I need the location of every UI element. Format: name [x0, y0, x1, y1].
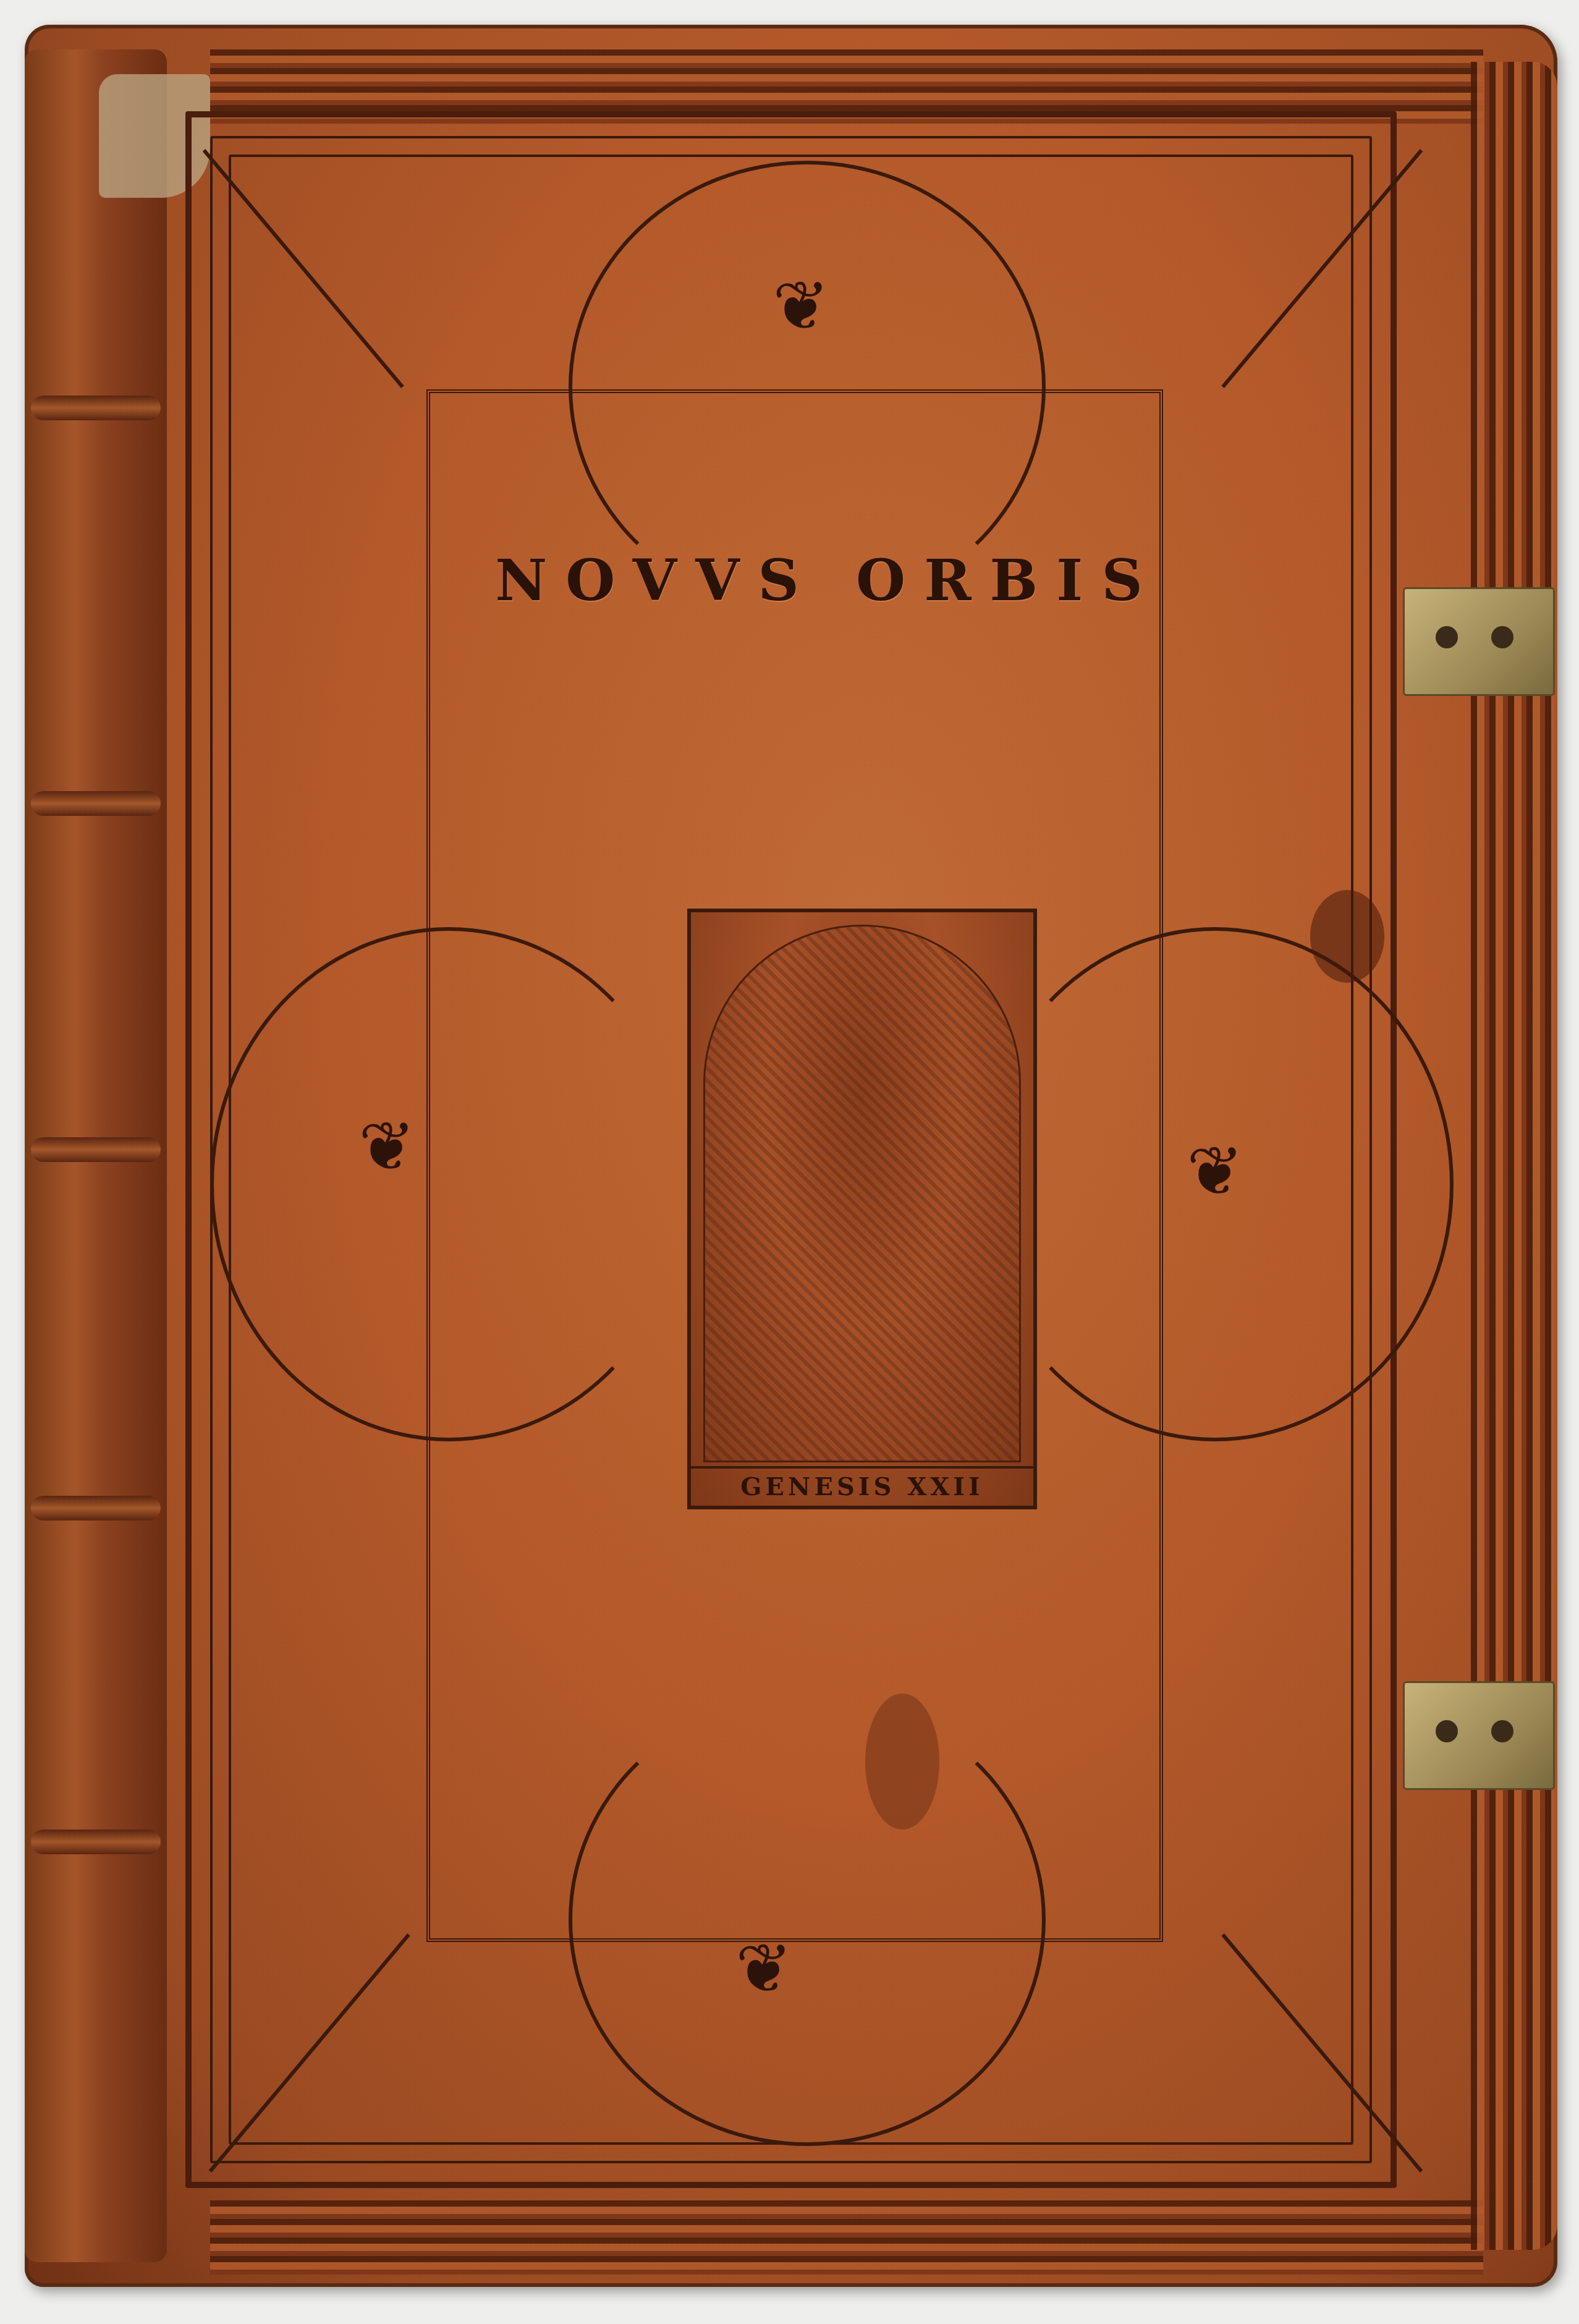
panel-caption: GENESIS XXII	[691, 1466, 1033, 1506]
panel-arch-scene	[703, 925, 1021, 1462]
upper-clasp	[1403, 587, 1555, 696]
stain	[865, 1694, 939, 1830]
spine	[25, 49, 167, 2262]
spine-band	[31, 396, 161, 420]
left-lobe	[210, 927, 687, 1441]
lower-clasp	[1403, 1681, 1555, 1790]
book-cover: NOVVS ORBIS ❦ ❦ ❦ ❦ GENESIS XXII	[25, 25, 1557, 2287]
cover-title: NOVVS ORBIS	[479, 547, 1177, 614]
spine-band	[31, 1830, 161, 1854]
rivet	[1436, 1720, 1458, 1742]
thistle-stamp-icon: ❦	[735, 1935, 792, 2003]
fore-edge-roll-border	[1471, 62, 1557, 2250]
spine-band	[31, 1137, 161, 1162]
top-lobe	[569, 161, 1046, 613]
tail-roll-border	[210, 2200, 1483, 2275]
rivet	[1491, 1720, 1513, 1742]
spine-band	[31, 791, 161, 816]
thistle-stamp-icon: ❦	[1187, 1137, 1243, 1205]
rivet	[1436, 626, 1458, 648]
thistle-stamp-icon: ❦	[773, 272, 829, 340]
stain	[1310, 890, 1384, 983]
spine-band	[31, 1496, 161, 1520]
bottom-lobe	[569, 1694, 1046, 2146]
rivet	[1491, 626, 1513, 648]
thistle-stamp-icon: ❦	[358, 1113, 415, 1181]
pictorial-panel: GENESIS XXII	[687, 909, 1037, 1509]
